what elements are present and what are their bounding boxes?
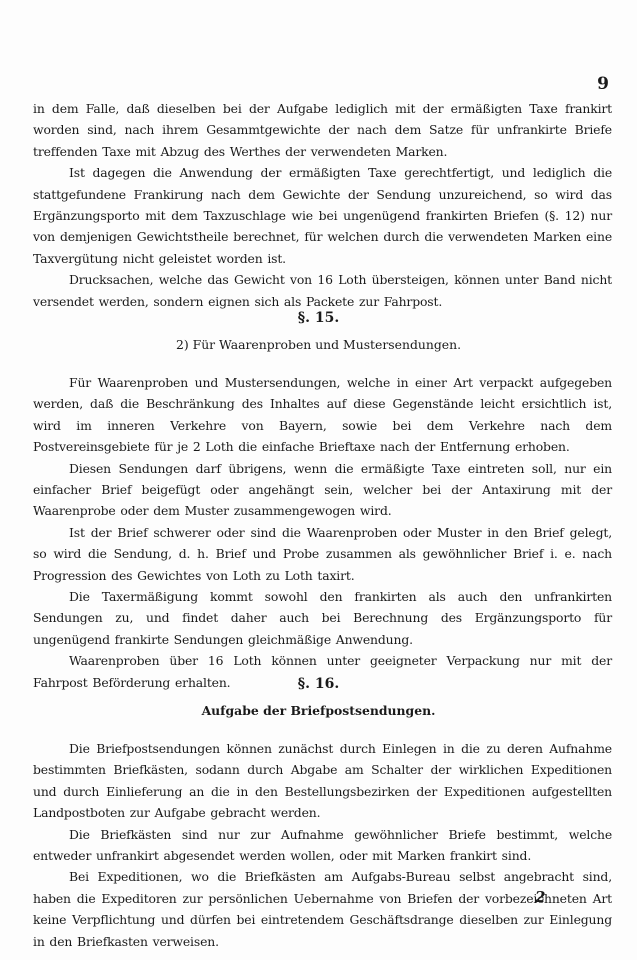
paragraph: Bei Expeditionen, wo die Briefkästen am … [33, 866, 612, 952]
paragraph: Drucksachen, welche das Gewicht von 16 L… [33, 269, 612, 312]
paragraph: Für Waarenproben und Mustersendungen, we… [33, 372, 612, 458]
paragraph: Die Briefkästen sind nur zur Aufnahme ge… [33, 824, 612, 867]
section-16-title: Aufgabe der Briefpostsendungen. [0, 703, 637, 718]
page-number: 9 [597, 74, 609, 94]
signature-mark: 2 [535, 888, 545, 906]
intro-text: in dem Falle, daß dieselben bei der Aufg… [33, 98, 612, 312]
paragraph: Die Taxermäßigung kommt sowohl den frank… [33, 586, 612, 650]
section-15-title: 2) Für Waarenproben und Mustersendungen. [0, 337, 637, 352]
paragraph: in dem Falle, daß dieselben bei der Aufg… [33, 98, 612, 162]
paragraph: Diesen Sendungen darf übrigens, wenn die… [33, 458, 612, 522]
section-16-number: §. 16. [0, 676, 637, 692]
paragraph: Die Briefpostsendungen können zunächst d… [33, 738, 612, 824]
section-15-text: Für Waarenproben und Mustersendungen, we… [33, 372, 612, 693]
paragraph: Ist der Brief schwerer oder sind die Waa… [33, 522, 612, 586]
paragraph: Ist dagegen die Anwendung der ermäßigten… [33, 162, 612, 269]
section-15-number: §. 15. [0, 310, 637, 326]
section-16-text: Die Briefpostsendungen können zunächst d… [33, 738, 612, 952]
